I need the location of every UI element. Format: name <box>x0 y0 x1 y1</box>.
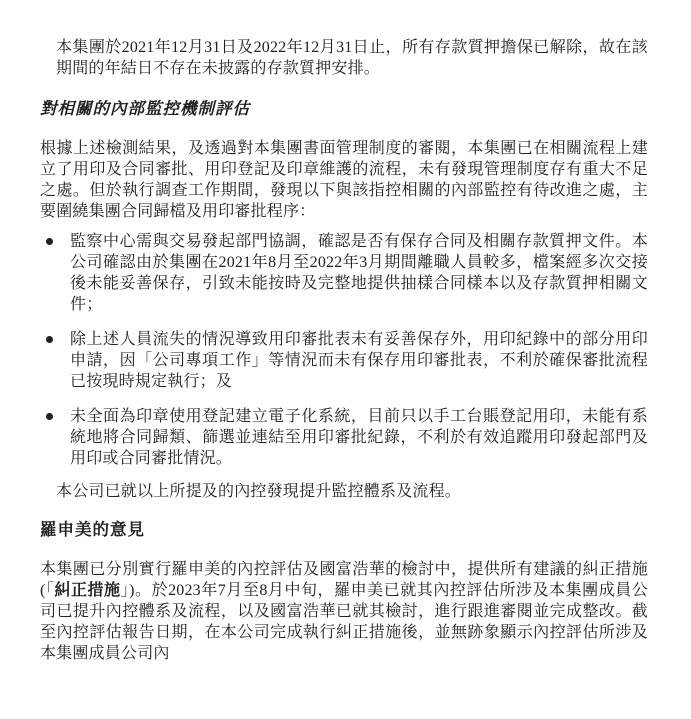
document-body: 本集團於2021年12月31日及2022年12月31日止，所有存款質押擔保已解除… <box>40 37 648 664</box>
bullet-icon <box>46 238 53 245</box>
para-enhancement: 本公司已就以上所提及的內控發現提升監控體系及流程。 <box>40 481 648 502</box>
para-assessment-intro: 根據上述檢測結果，及透過對本集團書面管理制度的審閱，本集團已在相關流程上建立了用… <box>40 138 648 222</box>
bullet-icon <box>46 336 53 343</box>
bullet-item-electronic-seal-registry: 未全面為印章使用登記建立電子化系統，目前只以手工台賬登記用印，未能有系統地將合同… <box>40 406 648 469</box>
rectification-measures-term: 糾正措施 <box>54 582 120 599</box>
document-page: 本集團於2021年12月31日及2022年12月31日止，所有存款質押擔保已解除… <box>0 0 691 719</box>
bullet-text: 未全面為印章使用登記建立電子化系統，目前只以手工台賬登記用印，未能有系統地將合同… <box>70 406 648 469</box>
bullet-icon <box>46 413 53 420</box>
para-deposit-pledge: 本集團於2021年12月31日及2022年12月31日止，所有存款質押擔保已解除… <box>40 37 648 79</box>
rsm-opinion-segment-2: 」)。於2023年7月至8月中旬，羅申美已就其內控評估所涉及本集團成員公司已提升… <box>40 582 648 662</box>
bullet-text: 監察中心需與交易發起部門協調，確認是否有保存合同及相關存款質押文件。本公司確認由… <box>70 231 648 315</box>
bullet-item-seal-approval-forms: 除上述人員流失的情況導致用印審批表未有妥善保存外，用印紀錄中的部分用印申請，因「… <box>40 329 648 392</box>
bullet-text: 除上述人員流失的情況導致用印審批表未有妥善保存外，用印紀錄中的部分用印申請，因「… <box>70 329 648 392</box>
heading-rsm-opinion: 羅申美的意見 <box>40 519 648 540</box>
para-rsm-opinion: 本集團已分別實行羅申美的內控評估及國富浩華的檢討中，提供所有建議的糾正措施(「糾… <box>40 559 648 664</box>
heading-internal-control-assessment: 對相關的內部監控機制評估 <box>40 98 648 119</box>
bullet-item-contract-archiving: 監察中心需與交易發起部門協調，確認是否有保存合同及相關存款質押文件。本公司確認由… <box>40 231 648 315</box>
